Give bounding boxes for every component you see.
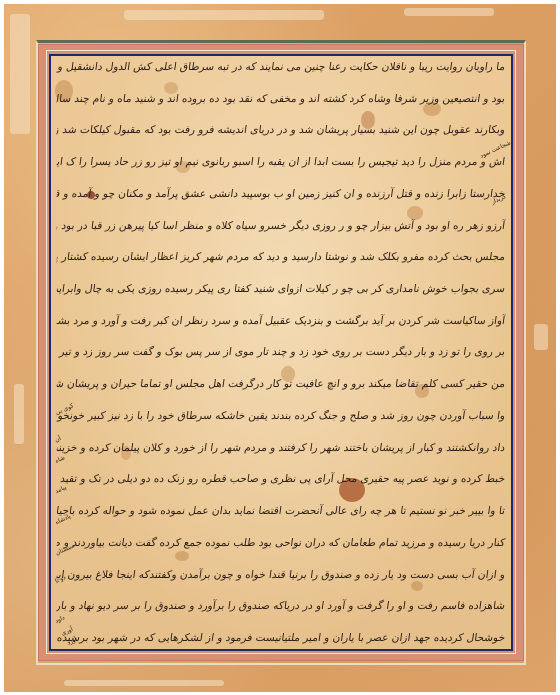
text-line: وا سباب آوردن چون روز شد و صلح و جنگ کرد… — [56, 409, 506, 423]
worn-patch — [534, 324, 548, 350]
text-line: داد روانکشتند و کبار از پریشان باختند شه… — [56, 441, 506, 455]
text-line: خبط کرده و نوید عصر پیه حقیری محل آرای پ… — [56, 472, 506, 486]
text-line: مجلس بحث کرده مفرو بکلک شد و نوشتا دارسی… — [56, 250, 506, 264]
worn-patch — [404, 8, 494, 16]
text-line: آرزو زهر ره او بود و آتش بیزار چو و ر رو… — [56, 219, 506, 233]
text-line: من حقیر کسی کلم تقاضا میکند برو و انچ عا… — [56, 377, 506, 391]
text-line: آواز ساکیاست شر کردن بر آید برگشت و بنزد… — [56, 314, 506, 328]
text-line: کنار دریا رسیده و مرزید تمام طعامان که د… — [56, 536, 506, 550]
text-line: تا وا بییر خبر نو نستیم تا هر چه رای عال… — [56, 504, 506, 518]
text-panel: ما راویان روایت ریبا و ناقلان حکایت رعنا… — [49, 54, 513, 651]
worn-patch — [10, 14, 30, 134]
text-line: و ازان آب بسی دست ود یار زده و صندوق را … — [56, 568, 506, 582]
text-line: خدارستا زابرا زنده و قتل آرزنده و ان کنی… — [56, 187, 506, 201]
worn-patch — [124, 10, 324, 20]
text-lines: ما راویان روایت ریبا و ناقلان حکایت رعنا… — [57, 60, 505, 645]
text-line: اش و مردم منزل را دید تیجیس را بست ابدا … — [56, 155, 506, 169]
worn-patch — [64, 680, 224, 686]
text-line: بود و انتصیعین وزیر شرفا وشاه کرد کشته ا… — [56, 92, 506, 106]
text-line: خوشحال کردیده جهد ازان عصر با یاران و ام… — [56, 631, 506, 645]
text-line: سری بجواب خوش نامداری کر بی چو ر کیلات ا… — [56, 282, 506, 296]
worn-patch — [14, 384, 24, 444]
text-line: بر روی را تو زد و بار دیگر دست بر روی خو… — [56, 345, 506, 359]
text-line: شاهزاده فاسم رفت و او را گرفت و آورد او … — [56, 599, 506, 613]
text-line: وبکارند عقوبل چون این شنید بسیار پریشان … — [56, 123, 506, 137]
text-line: ما راویان روایت ریبا و ناقلان حکایت رعنا… — [56, 60, 506, 74]
